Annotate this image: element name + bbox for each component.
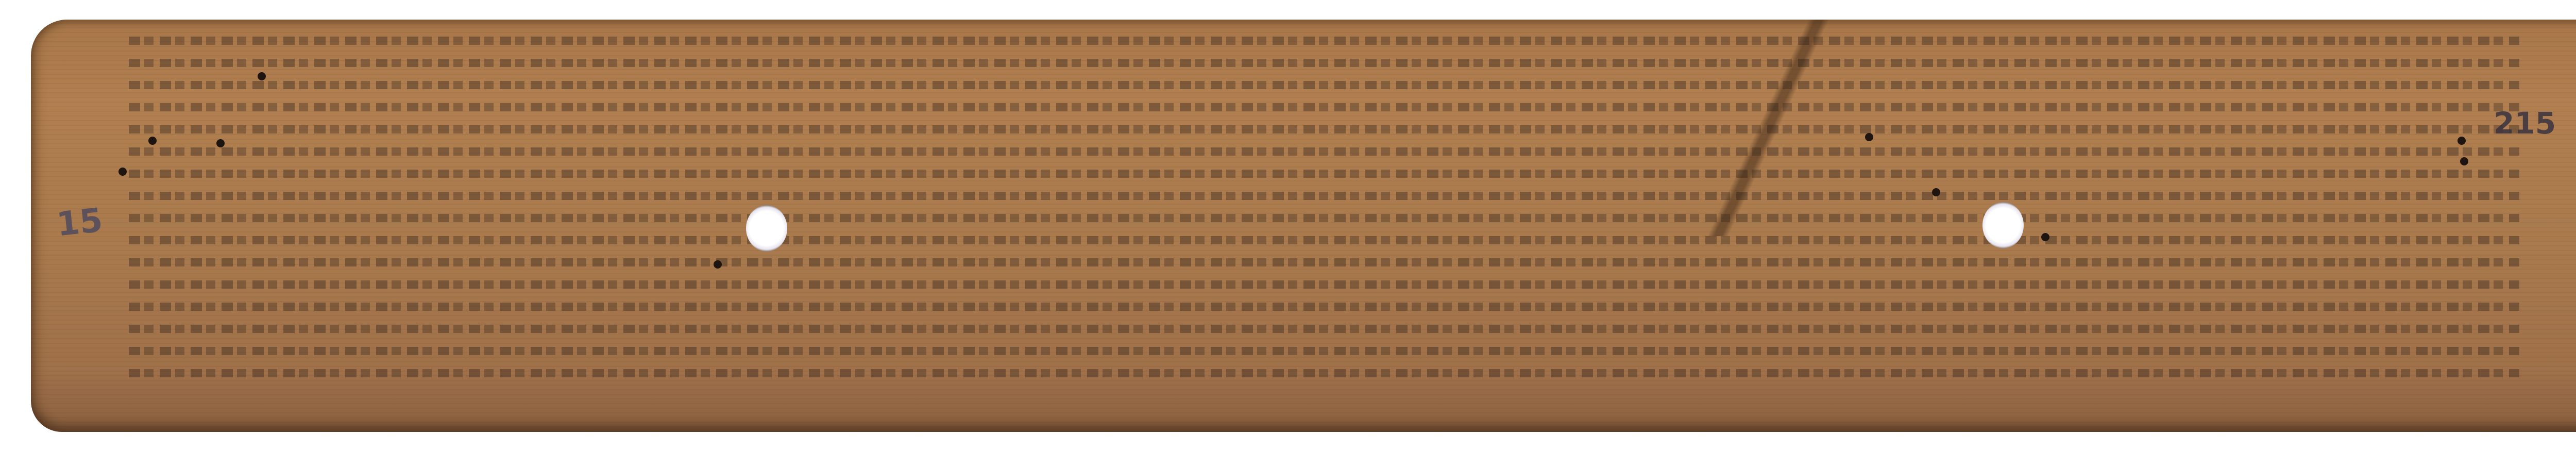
- text-line: [129, 31, 2519, 49]
- text-line: [129, 186, 2519, 205]
- worm-hole: [714, 260, 722, 269]
- text-line: [129, 53, 2519, 72]
- text-line: [129, 142, 2519, 160]
- margin-annotation-left: 15: [55, 202, 104, 244]
- text-line: [129, 164, 2519, 182]
- text-line: [129, 120, 2519, 138]
- worm-hole: [1932, 188, 1940, 196]
- text-line: [129, 341, 2519, 360]
- text-line: [129, 97, 2519, 116]
- margin-annotation-right: 215: [2494, 106, 2556, 141]
- text-line: [129, 319, 2519, 338]
- worm-hole: [2041, 233, 2049, 241]
- text-line: [129, 363, 2519, 382]
- worm-hole: [258, 72, 266, 80]
- text-line: [129, 75, 2519, 94]
- text-line: [129, 275, 2519, 293]
- text-line: [129, 208, 2519, 227]
- worm-hole: [2458, 137, 2466, 145]
- text-line: [129, 253, 2519, 271]
- text-line: [129, 230, 2519, 249]
- worm-hole: [148, 137, 157, 145]
- manuscript-text-area: [129, 31, 2519, 392]
- worm-hole: [1865, 133, 1873, 141]
- worm-hole: [2460, 157, 2468, 165]
- worm-hole: [118, 168, 127, 176]
- binding-hole-left: [746, 205, 787, 252]
- worm-hole: [216, 139, 225, 147]
- text-line: [129, 297, 2519, 315]
- binding-hole-right: [1982, 202, 2024, 248]
